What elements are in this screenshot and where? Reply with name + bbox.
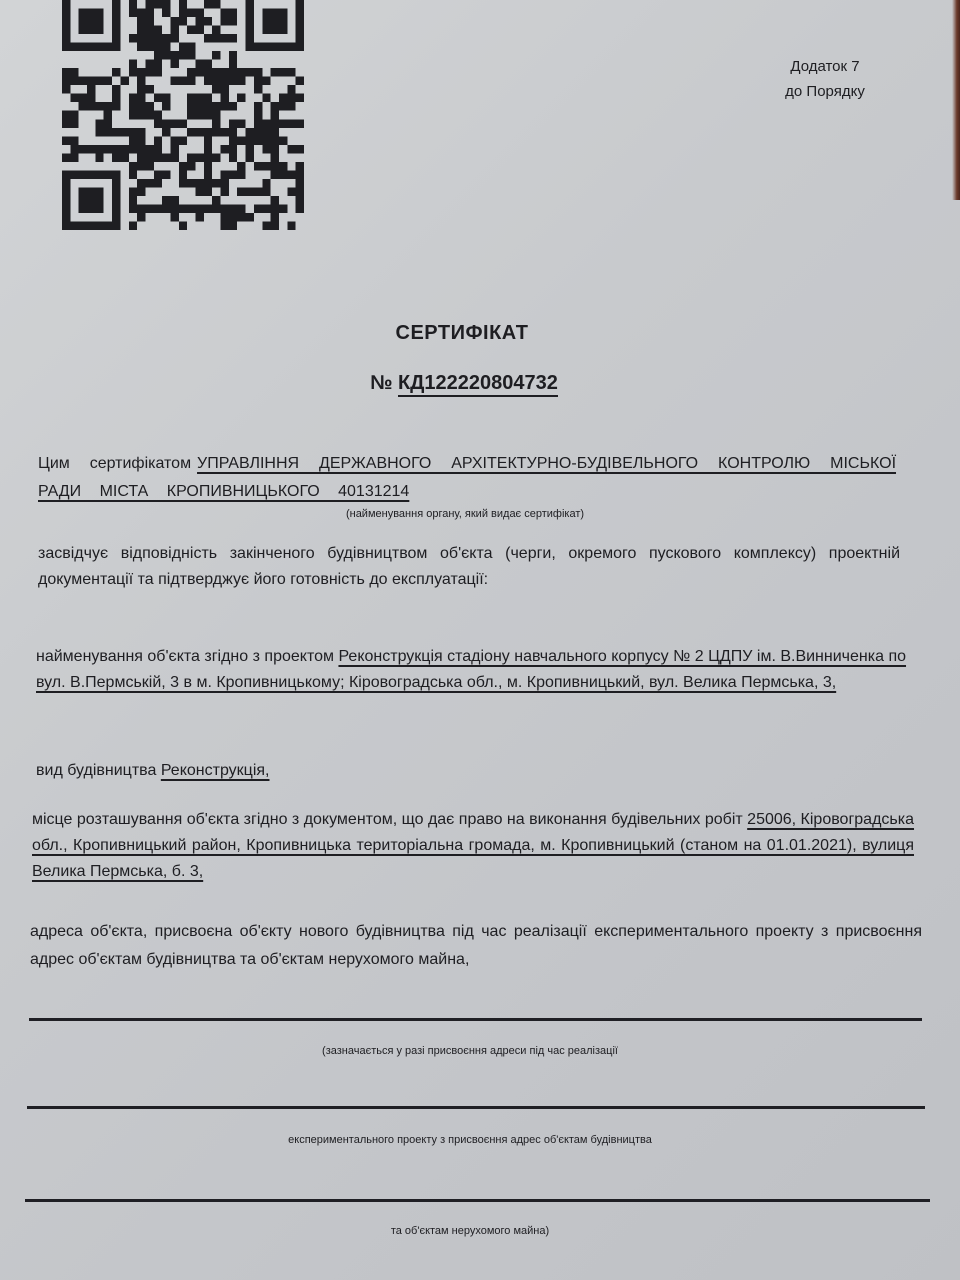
- issuer-paragraph: Цим сертифікатом УПРАВЛІННЯ ДЕРЖАВНОГО А…: [38, 450, 896, 506]
- page-edge-background: [952, 0, 960, 200]
- statement-paragraph: засвідчує відповідність закінченого буді…: [38, 541, 900, 593]
- construction-type-value: Реконструкція,: [161, 762, 270, 779]
- construction-type-label: вид будівництва: [36, 762, 156, 779]
- certificate-number: КД122220804732: [398, 372, 558, 397]
- issuer-caption: (найменування органу, який видає сертифі…: [330, 508, 600, 520]
- object-name-label: найменування об'єкта згідно з проектом: [36, 648, 334, 665]
- certificate-title: СЕРТИФІКАТ: [0, 322, 924, 345]
- issuer-lead: Цим сертифікатом: [38, 455, 191, 472]
- address-caption-1: (зазначається у разі присвоєння адреси п…: [230, 1045, 710, 1057]
- annex-line-2: до Порядку: [760, 79, 890, 104]
- address-blank-line-3: [25, 1199, 930, 1202]
- address-blank-line-1: [29, 1018, 922, 1021]
- construction-type-paragraph: вид будівництва Реконструкція,: [36, 758, 906, 784]
- annex-reference: Додаток 7 до Порядку: [760, 54, 890, 104]
- address-paragraph: адреса об'єкта, присвоєна об'єкту нового…: [30, 918, 922, 974]
- location-label: місце розташування об'єкта згідно з доку…: [32, 811, 743, 828]
- qr-code-icon: [62, 0, 304, 230]
- location-paragraph: місце розташування об'єкта згідно з доку…: [32, 807, 914, 885]
- object-name-paragraph: найменування об'єкта згідно з проектом Р…: [36, 644, 906, 696]
- address-blank-line-2: [27, 1106, 925, 1109]
- annex-line-1: Додаток 7: [760, 54, 890, 79]
- address-caption-2: експериментального проекту з присвоєння …: [230, 1134, 710, 1146]
- certificate-number-line: № КД122220804732: [0, 372, 928, 395]
- address-caption-3: та об'єктам нерухомого майна): [230, 1225, 710, 1237]
- number-sign: №: [370, 372, 392, 394]
